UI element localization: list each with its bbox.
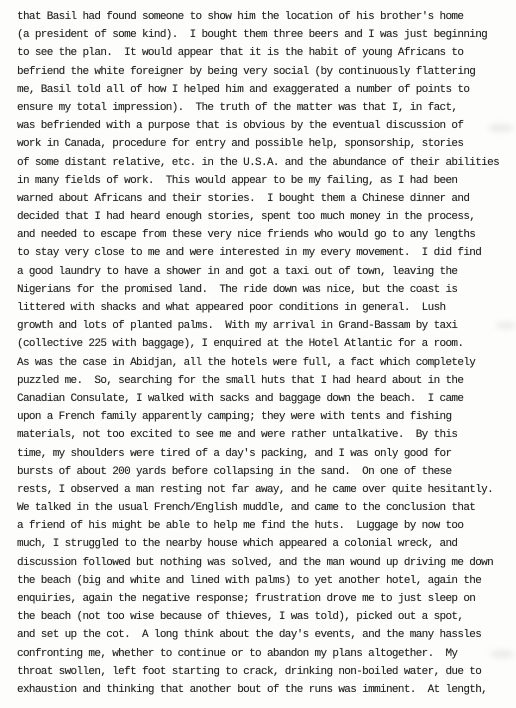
- text-line: and needed to escape from these very nic…: [17, 226, 510, 244]
- text-line: Canadian Consulate, I walked with sacks …: [17, 390, 510, 408]
- text-line: warned about Africans and their stories.…: [17, 190, 510, 208]
- text-line: to see the plan. It would appear that it…: [17, 44, 510, 62]
- text-line: bursts of about 200 yards before collaps…: [17, 463, 510, 481]
- text-line: time, my shoulders were tired of a day's…: [17, 445, 510, 463]
- text-line: enquiries, again the negative response; …: [17, 590, 510, 608]
- text-line: a friend of his might be able to help me…: [17, 517, 510, 535]
- text-line: the beach (big and white and lined with …: [17, 572, 510, 590]
- text-line: the beach (not too wise because of thiev…: [17, 608, 510, 626]
- text-line: Nigerians for the promised land. The rid…: [17, 281, 510, 299]
- text-line: discussion followed but nothing was solv…: [17, 554, 510, 572]
- text-line: As was the case in Abidjan, all the hote…: [17, 354, 510, 372]
- text-line: materials, not too excited to see me and…: [17, 426, 510, 444]
- text-line: (a president of some kind). I bought the…: [17, 26, 510, 44]
- text-line: throat swollen, left foot starting to cr…: [17, 663, 510, 681]
- text-line: work in Canada, procedure for entry and …: [17, 135, 510, 153]
- text-line: to stay very close to me and were intere…: [17, 244, 510, 262]
- text-line: exhaustion and thinking that another bou…: [17, 681, 510, 699]
- text-line: puzzled me. So, searching for the small …: [17, 372, 510, 390]
- text-line: growth and lots of planted palms. With m…: [17, 317, 510, 335]
- text-line: a good laundry to have a shower in and g…: [17, 263, 510, 281]
- text-line: decided that I had heard enough stories,…: [17, 208, 510, 226]
- text-line: upon a French family apparently camping;…: [17, 408, 510, 426]
- document-page: that Basil had found someone to show him…: [0, 0, 516, 708]
- text-line: rests, I observed a man resting not far …: [17, 481, 510, 499]
- text-line: (collective 225 with baggage), I enquire…: [17, 335, 510, 353]
- text-line: in many fields of work. This would appea…: [17, 172, 510, 190]
- text-line: befriend the white foreigner by being ve…: [17, 63, 510, 81]
- text-line: littered with shacks and what appeared p…: [17, 299, 510, 317]
- page-text: that Basil had found someone to show him…: [17, 8, 510, 699]
- text-line: me, Basil told all of how I helped him a…: [17, 81, 510, 99]
- text-line: of some distant relative, etc. in the U.…: [17, 154, 510, 172]
- text-line: much, I struggled to the nearby house wh…: [17, 535, 510, 553]
- text-line: We talked in the usual French/English mu…: [17, 499, 510, 517]
- text-line: that Basil had found someone to show him…: [17, 8, 510, 26]
- text-line: and set up the cot. A long think about t…: [17, 626, 510, 644]
- text-line: was befriended with a purpose that is ob…: [17, 117, 510, 135]
- text-line: ensure my total impression). The truth o…: [17, 99, 510, 117]
- text-line: confronting me, whether to continue or t…: [17, 645, 510, 663]
